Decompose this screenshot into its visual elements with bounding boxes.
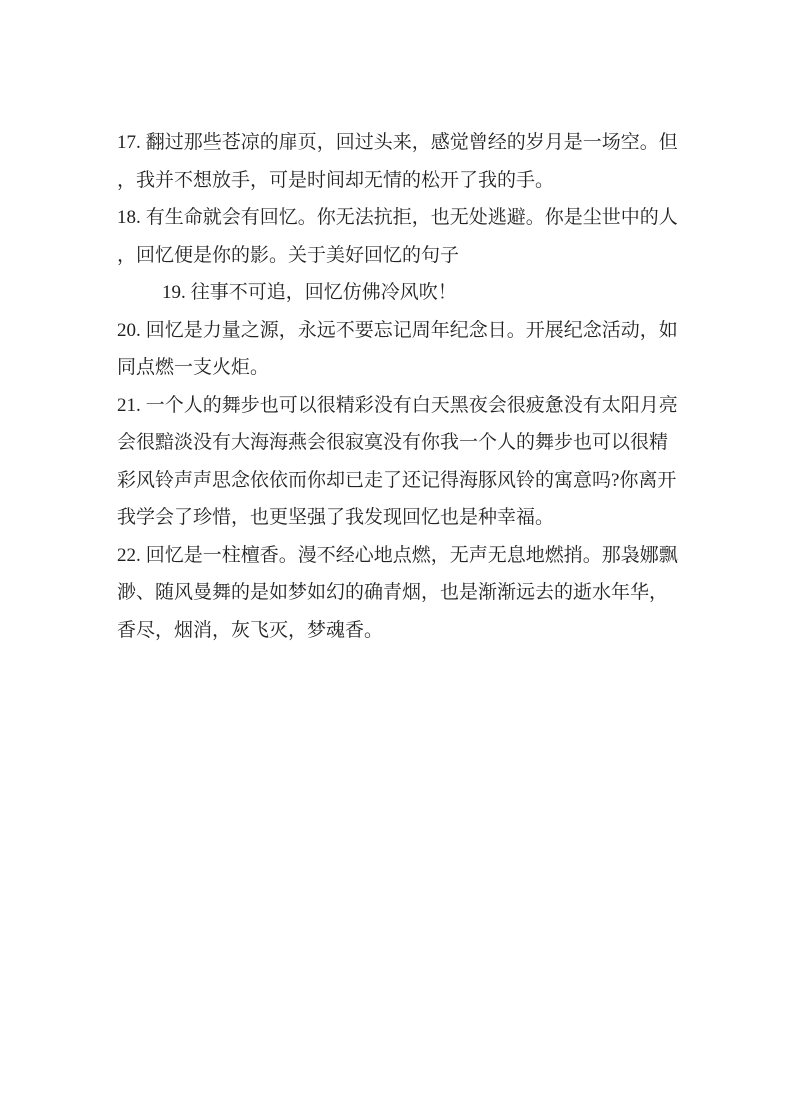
quote-paragraph-17: 17.翻过那些苍凉的扉页，回过头来，感觉曾经的岁月是一场空。但，我并不想放手，可… bbox=[117, 124, 681, 199]
quote-number: 20. bbox=[117, 320, 141, 341]
text-column: 17.翻过那些苍凉的扉页，回过头来，感觉曾经的岁月是一场空。但，我并不想放手，可… bbox=[117, 124, 681, 649]
quote-paragraph-18: 18.有生命就会有回忆。你无法抗拒，也无处逃避。你是尘世中的人，回忆便是你的影。… bbox=[117, 199, 681, 274]
quote-text: 一个人的舞步也可以很精彩没有白天黑夜会很疲惫没有太阳月亮会很黯淡没有大海海燕会很… bbox=[117, 395, 678, 529]
quote-number: 19. bbox=[162, 282, 186, 303]
quote-text: 回忆是力量之源，永远不要忘记周年纪念日。开展纪念活动，如同点燃一支火炬。 bbox=[117, 320, 678, 379]
quote-number: 22. bbox=[117, 545, 141, 566]
document-page: 17.翻过那些苍凉的扉页，回过头来，感觉曾经的岁月是一场空。但，我并不想放手，可… bbox=[0, 0, 792, 1120]
quote-paragraph-21: 21.一个人的舞步也可以很精彩没有白天黑夜会很疲惫没有太阳月亮会很黯淡没有大海海… bbox=[117, 387, 681, 537]
quote-text: 回忆是一柱檀香。漫不经心地点燃，无声无息地燃捎。那袅娜飘渺、随风曼舞的是如梦如幻… bbox=[117, 545, 678, 641]
quote-paragraph-19: 19.往事不可追，回忆仿佛冷风吹！ bbox=[117, 274, 681, 312]
quote-number: 17. bbox=[117, 132, 141, 153]
quote-paragraph-22: 22.回忆是一柱檀香。漫不经心地点燃，无声无息地燃捎。那袅娜飘渺、随风曼舞的是如… bbox=[117, 537, 681, 650]
quote-text: 有生命就会有回忆。你无法抗拒，也无处逃避。你是尘世中的人，回忆便是你的影。关于美… bbox=[117, 207, 678, 266]
quote-number: 18. bbox=[117, 207, 141, 228]
quote-paragraph-20: 20.回忆是力量之源，永远不要忘记周年纪念日。开展纪念活动，如同点燃一支火炬。 bbox=[117, 312, 681, 387]
quote-text: 翻过那些苍凉的扉页，回过头来，感觉曾经的岁月是一场空。但，我并不想放手，可是时间… bbox=[117, 132, 678, 191]
quote-number: 21. bbox=[117, 395, 141, 416]
quote-text: 往事不可追，回忆仿佛冷风吹！ bbox=[191, 282, 457, 303]
